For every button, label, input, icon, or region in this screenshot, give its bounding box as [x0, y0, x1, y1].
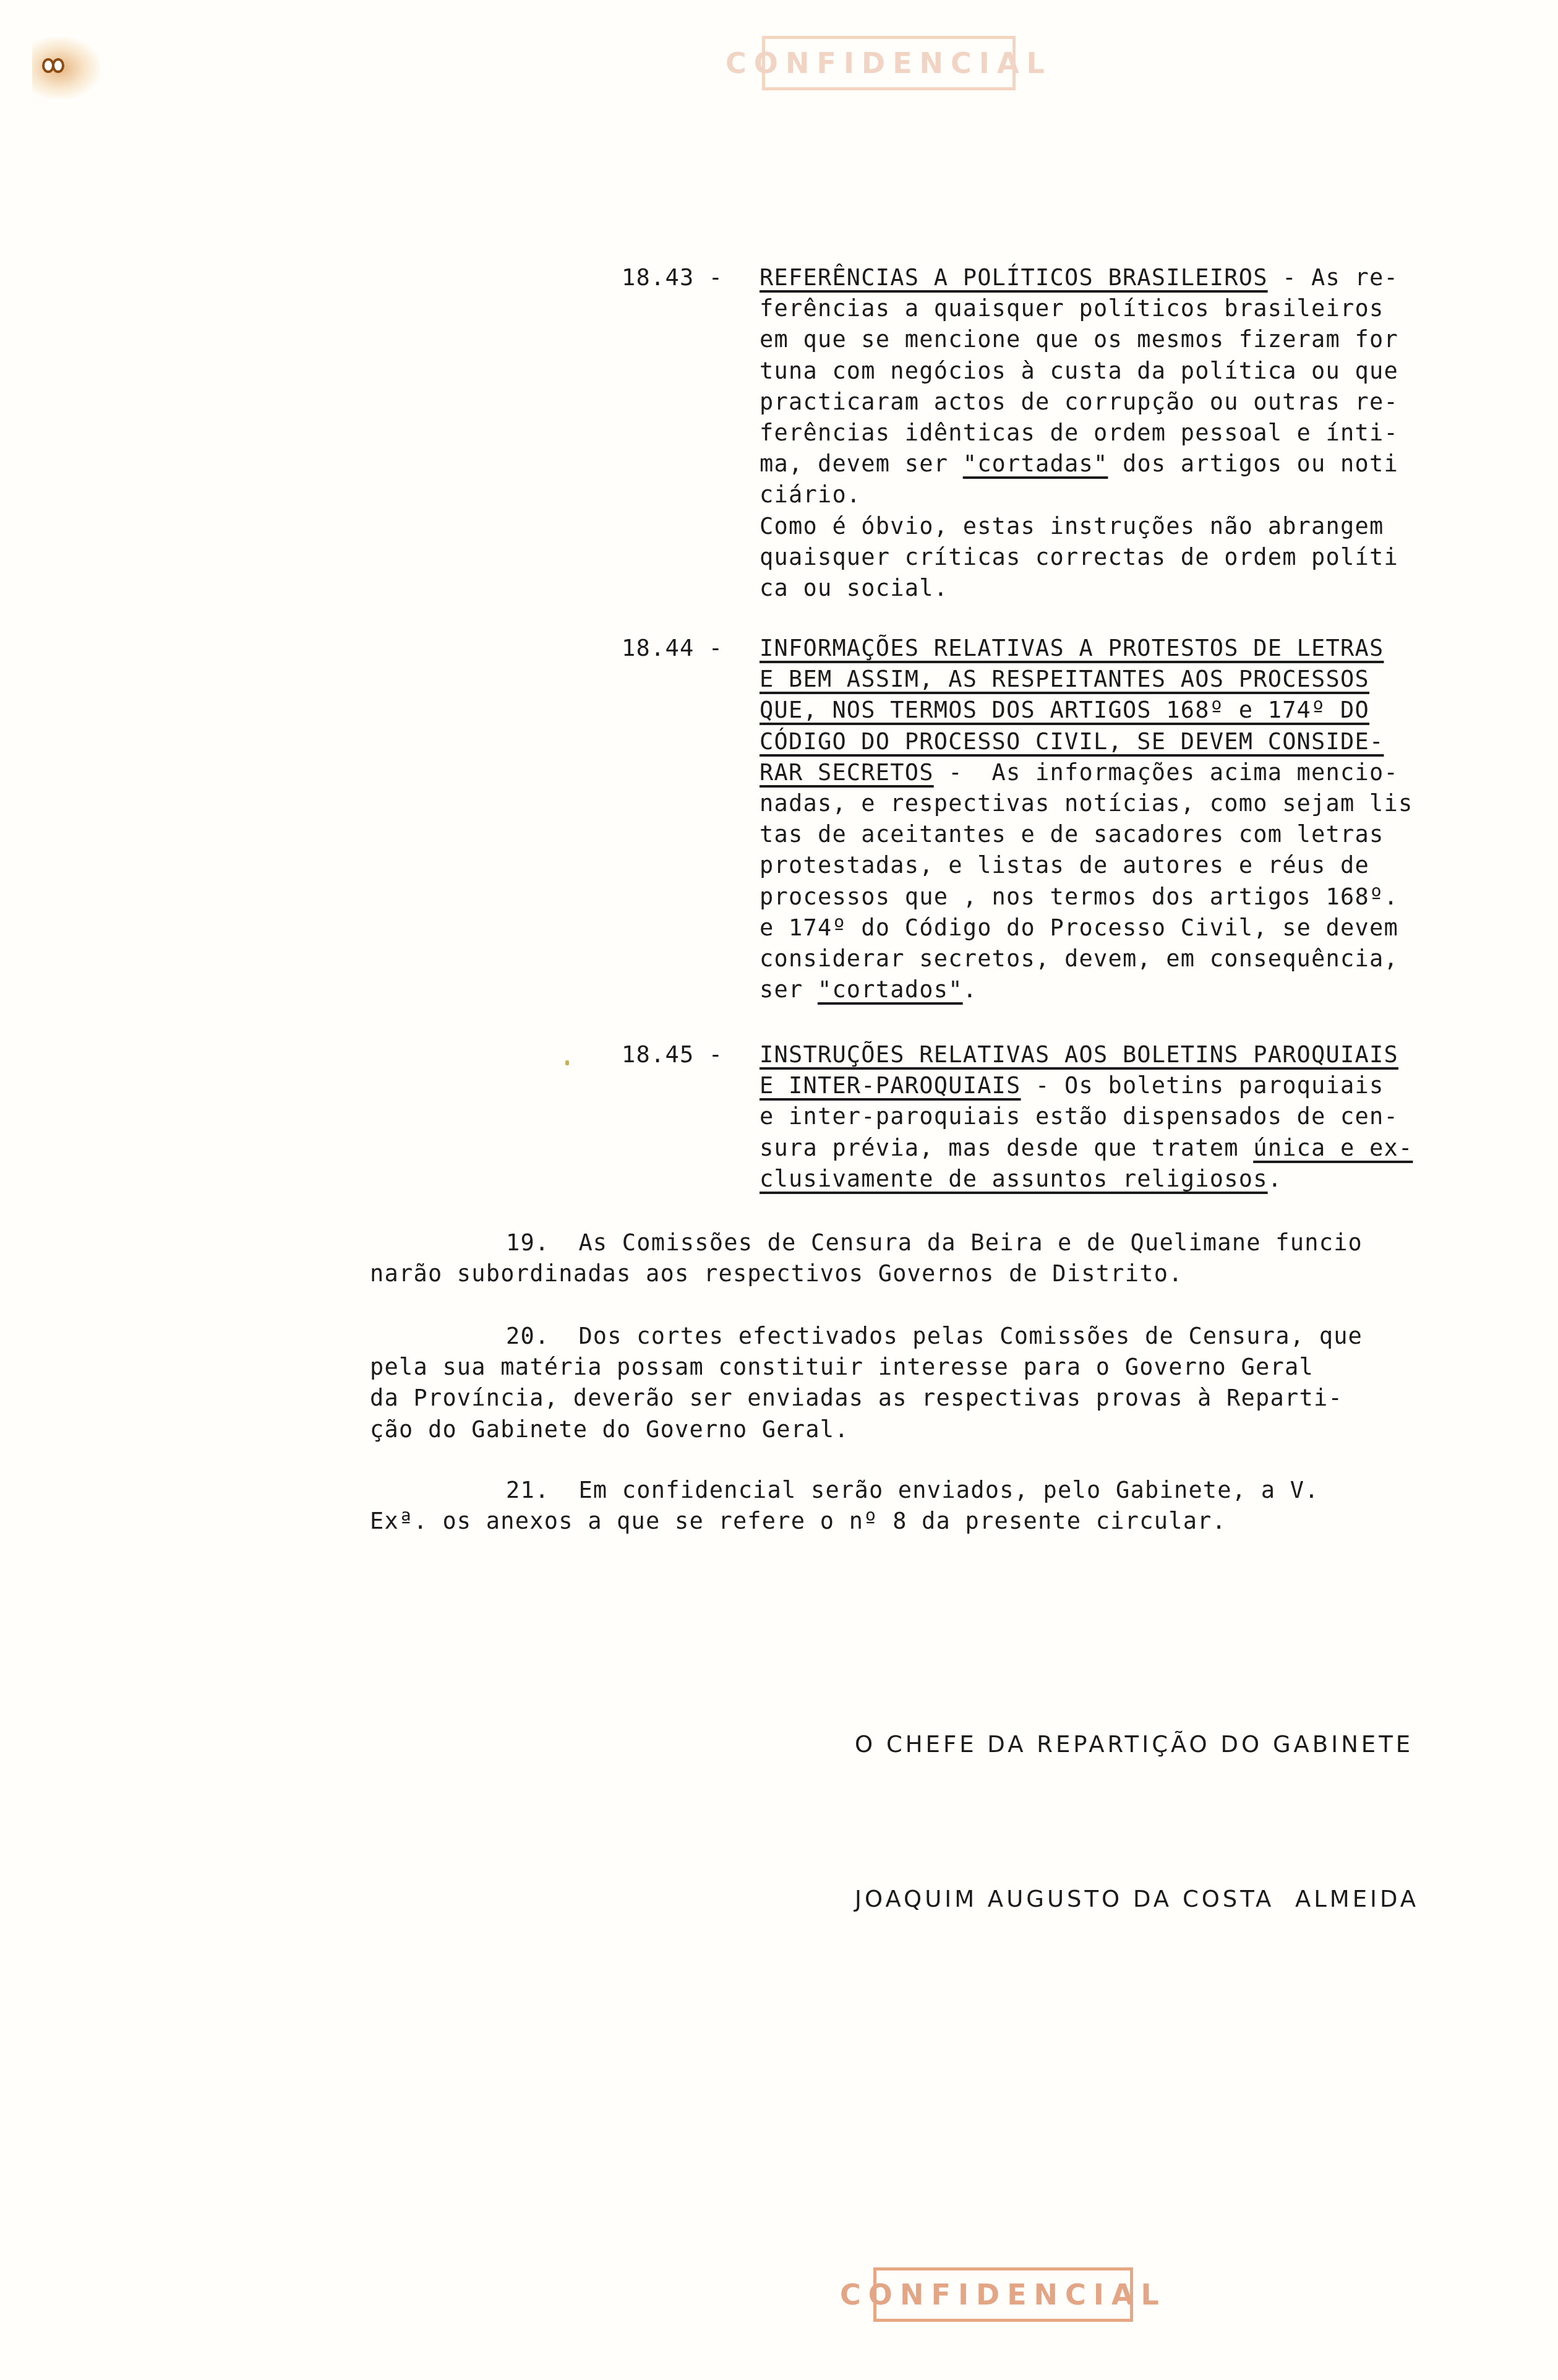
paragraph-number: 20.	[506, 1323, 578, 1349]
section-line: E BEM ASSIM, AS RESPEITANTES AOS PROCESS…	[760, 664, 1369, 695]
paragraph-first-line: 19. As Comissões de Censura da Beira e d…	[506, 1227, 1363, 1258]
paragraph-line: narão subordinadas aos respectivos Gover…	[370, 1258, 1183, 1289]
paragraph-first-line: 21. Em confidencial serão enviados, pelo…	[506, 1475, 1319, 1506]
text-run: practicaram actos de corrupção ou outras…	[760, 389, 1398, 415]
section-line: RAR SECRETOS - As informações acima menc…	[760, 757, 1398, 788]
paper-speck	[565, 1060, 569, 1065]
text-run: nadas, e respectivas notícias, como seja…	[760, 790, 1413, 817]
underlined-text: CÓDIGO DO PROCESSO CIVIL, SE DEVEM CONSI…	[760, 728, 1384, 755]
section-number: 18.43 -	[622, 262, 723, 293]
section-line: E INTER-PAROQUIAIS - Os boletins paroqui…	[760, 1070, 1384, 1101]
section-number: 18.45 -	[622, 1039, 723, 1070]
section-line: nadas, e respectivas notícias, como seja…	[760, 788, 1413, 819]
section-line: protestadas, e listas de autores e réus …	[760, 850, 1369, 881]
text-run: Em confidencial serão enviados, pelo Gab…	[578, 1477, 1319, 1503]
paragraph-first-line: 20. Dos cortes efectivados pelas Comissõ…	[506, 1321, 1363, 1352]
punch-hole-mark	[52, 58, 64, 73]
section-line: CÓDIGO DO PROCESSO CIVIL, SE DEVEM CONSI…	[760, 726, 1384, 757]
section-line: INFORMAÇÕES RELATIVAS A PROTESTOS DE LET…	[760, 633, 1384, 664]
section-line: practicaram actos de corrupção ou outras…	[760, 387, 1398, 418]
text-run: e 174º do Código do Processo Civil, se d…	[760, 914, 1398, 941]
section-line: considerar secretos, devem, em consequên…	[760, 943, 1398, 974]
text-run: considerar secretos, devem, em consequên…	[760, 945, 1398, 972]
section-line: sura prévia, mas desde que tratem única …	[760, 1133, 1413, 1164]
text-run: sura prévia, mas desde que tratem	[760, 1135, 1253, 1161]
text-run: ma, devem ser	[760, 450, 963, 477]
text-run: As Comissões de Censura da Beira e de Qu…	[578, 1229, 1363, 1256]
underlined-text: INSTRUÇÕES RELATIVAS AOS BOLETINS PAROQU…	[760, 1041, 1398, 1068]
section-line: ferências a quaisquer políticos brasilei…	[760, 293, 1384, 324]
paragraph-number: 21.	[506, 1477, 578, 1503]
underlined-text: "cortados"	[818, 976, 963, 1003]
section-line: ca ou social.	[760, 573, 948, 604]
text-run: .	[963, 976, 977, 1003]
text-run: protestadas, e listas de autores e réus …	[760, 852, 1369, 879]
text-run: Como é óbvio, estas instruções não abran…	[760, 513, 1384, 539]
text-run: dos artigos ou noti	[1108, 450, 1398, 477]
underlined-text: INFORMAÇÕES RELATIVAS A PROTESTOS DE LET…	[760, 635, 1384, 661]
underlined-text: E INTER-PAROQUIAIS	[760, 1072, 1021, 1099]
section-line: Como é óbvio, estas instruções não abran…	[760, 511, 1384, 542]
text-run: processos que , nos termos dos artigos 1…	[760, 883, 1398, 910]
underlined-text: "cortadas"	[963, 450, 1108, 477]
underlined-text: única e ex-	[1253, 1135, 1413, 1161]
section-line: QUE, NOS TERMOS DOS ARTIGOS 168º e 174º …	[760, 695, 1369, 726]
paragraph-number: 19.	[506, 1229, 578, 1256]
text-run: tas de aceitantes e de sacadores com let…	[760, 821, 1384, 848]
text-run: ser	[760, 976, 818, 1003]
underlined-text: clusivamente de assuntos religiosos	[760, 1166, 1268, 1192]
text-run: - As re-	[1268, 264, 1398, 291]
paragraph-line: da Província, deverão ser enviadas as re…	[370, 1383, 1343, 1414]
text-run: ferências idênticas de ordem pessoal e í…	[760, 419, 1398, 446]
text-run: e inter-paroquiais estão dispensados de …	[760, 1103, 1398, 1130]
section-line: tuna com negócios à custa da política ou…	[760, 356, 1398, 387]
section-line: e inter-paroquiais estão dispensados de …	[760, 1101, 1398, 1132]
section-line: processos que , nos termos dos artigos 1…	[760, 882, 1398, 913]
section-number: 18.44 -	[622, 633, 723, 664]
paragraph-line: ção do Gabinete do Governo Geral.	[370, 1414, 849, 1445]
section-line: e 174º do Código do Processo Civil, se d…	[760, 913, 1398, 943]
text-run: ferências a quaisquer políticos brasilei…	[760, 295, 1384, 322]
section-line: REFERÊNCIAS A POLÍTICOS BRASILEIROS - As…	[760, 262, 1398, 293]
text-run: tuna com negócios à custa da política ou…	[760, 358, 1398, 384]
text-run: em que se mencione que os mesmos fizeram…	[760, 326, 1398, 353]
signature-name: JOAQUIM AUGUSTO DA COSTA ALMEIDA	[855, 1886, 1419, 1912]
section-line: clusivamente de assuntos religiosos.	[760, 1164, 1282, 1195]
section-line: INSTRUÇÕES RELATIVAS AOS BOLETINS PAROQU…	[760, 1039, 1398, 1070]
section-line: ciário.	[760, 479, 861, 510]
confidential-stamp-top: CONFIDENCIAL	[762, 36, 1016, 90]
underlined-text: E BEM ASSIM, AS RESPEITANTES AOS PROCESS…	[760, 666, 1369, 692]
text-run: ca ou social.	[760, 575, 948, 601]
text-run: .	[1268, 1166, 1282, 1192]
text-run: Dos cortes efectivados pelas Comissões d…	[578, 1323, 1363, 1349]
section-line: tas de aceitantes e de sacadores com let…	[760, 819, 1384, 850]
text-run: ciário.	[760, 481, 861, 508]
signature-title: O CHEFE DA REPARTIÇÃO DO GABINETE	[855, 1731, 1413, 1758]
section-line: ferências idênticas de ordem pessoal e í…	[760, 418, 1398, 449]
section-line: ma, devem ser "cortadas" dos artigos ou …	[760, 449, 1398, 479]
underlined-text: RAR SECRETOS	[760, 759, 934, 786]
underlined-text: QUE, NOS TERMOS DOS ARTIGOS 168º e 174º …	[760, 697, 1369, 723]
confidential-stamp-bottom: CONFIDENCIAL	[873, 2267, 1133, 2322]
section-line: ser "cortados".	[760, 974, 977, 1005]
section-line: quaisquer críticas correctas de ordem po…	[760, 542, 1398, 573]
underlined-text: REFERÊNCIAS A POLÍTICOS BRASILEIROS	[760, 264, 1268, 291]
section-line: em que se mencione que os mesmos fizeram…	[760, 324, 1398, 355]
paragraph-line: pela sua matéria possam constituir inter…	[370, 1352, 1314, 1383]
text-run: quaisquer críticas correctas de ordem po…	[760, 544, 1398, 570]
paragraph-line: Exª. os anexos a que se refere o nº 8 da…	[370, 1506, 1226, 1537]
text-run: - Os boletins paroquiais	[1021, 1072, 1384, 1099]
text-run: - As informações acima mencio-	[934, 759, 1398, 786]
